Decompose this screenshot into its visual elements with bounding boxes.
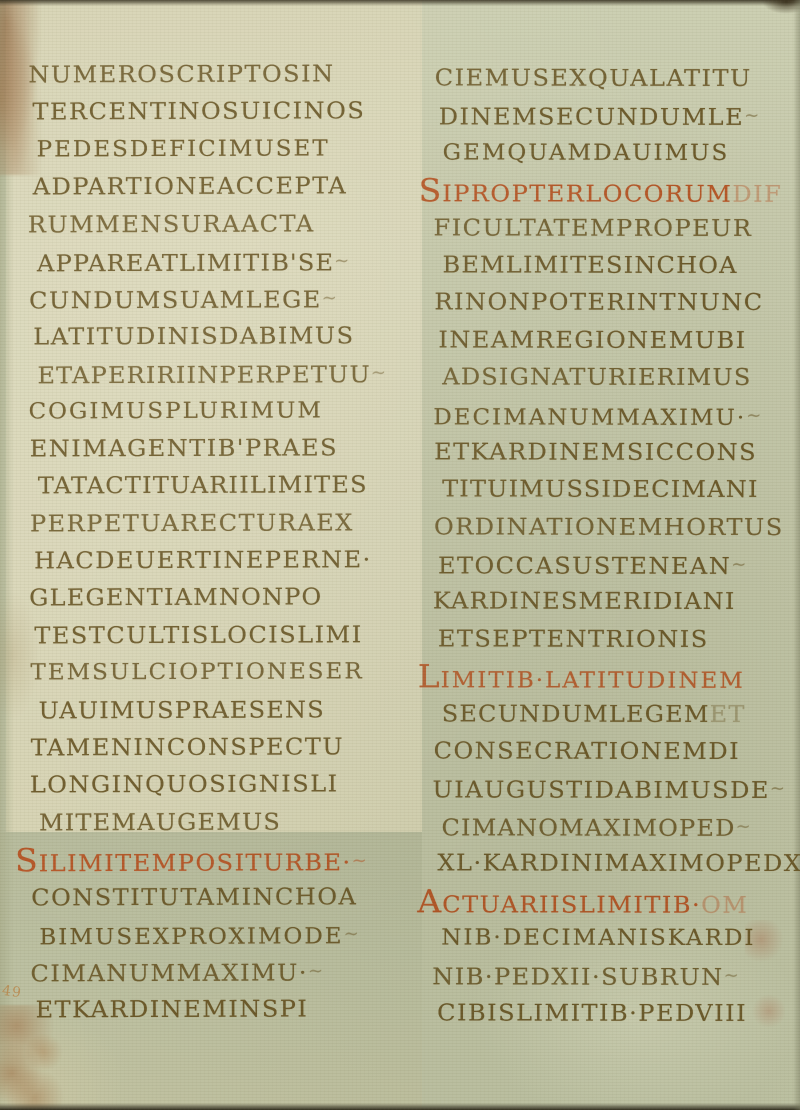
text-line: ETAPERIRIINPERPETUU~: [37, 355, 421, 392]
text-line: CIMANUMMAXIMU·~: [30, 953, 423, 990]
text-line: ORDINATIONEMHORTUS: [434, 509, 800, 546]
flourish-mark: ~: [746, 405, 761, 425]
text-line: CUNDUMSUAMLEGE~: [29, 280, 421, 317]
text-line: KARDINESMERIDIANI: [433, 584, 800, 621]
text-line: CONSECRATIONEMDI: [434, 733, 800, 770]
flourish-mark: ~: [322, 288, 337, 308]
text-line: TESTCULTISLOCISLIMI: [34, 617, 422, 654]
text-line: NIB·DECIMANISKARDI: [441, 920, 799, 957]
text-line: ADPARTIONEACCEPTA: [33, 168, 421, 205]
text-line: FICULTATEMPROPEUR: [434, 210, 800, 247]
parchment-left-edge: [0, 0, 14, 1110]
text-line: NIB·PEDXII·SUBRUN~: [432, 958, 799, 995]
text-line: SIPROPTERLOCORUMDIF: [419, 173, 800, 210]
text-line: INEAMREGIONEMUBI: [438, 322, 800, 359]
text-line: SILIMITEMPOSITURBE·~: [15, 841, 423, 878]
photo-edge-bottom: [0, 1103, 800, 1110]
faded-text: OM: [701, 891, 748, 918]
text-line: LIMITIB·LATITUDINEM: [418, 659, 800, 696]
text-line: GLEGENTIAMNONPO: [29, 580, 422, 617]
text-line: ETKARDINEMSICCONS: [434, 434, 800, 471]
text-line: BEMLIMITESINCHOA: [442, 247, 800, 284]
margin-note: 49: [1, 983, 23, 1002]
text-line: ETKARDINEMINSPI: [36, 991, 424, 1028]
text-line: CIMANOMAXIMOPED~: [441, 808, 799, 845]
text-line: RUMMENSURAACTA: [28, 206, 421, 243]
flourish-mark: ~: [371, 363, 386, 383]
rubric-initial: S: [419, 172, 443, 209]
flourish-mark: ~: [352, 851, 367, 871]
text-column-left: NUMEROSCRIPTOSINTERCENTINOSUICINOSPEDESD…: [28, 55, 423, 1029]
faded-text: ET: [710, 700, 746, 727]
text-line: LATITUDINISDABIMUS: [33, 318, 421, 355]
text-line: CIEMUSEXQUALATITU: [435, 60, 800, 97]
text-line: GEMQUAMDAUIMUS: [443, 135, 800, 172]
text-line: ETOCCASUSTENEAN~: [438, 547, 800, 584]
text-line: TAMENINCONSPECTU: [31, 729, 423, 766]
text-line: HACDEUERTINEPERNE·: [34, 542, 422, 579]
photo-edge-top: [0, 0, 800, 6]
text-line: SECUNDUMLEGEMET: [442, 696, 800, 733]
text-line: UAUIMUSPRAESENS: [39, 692, 423, 729]
text-line: NUMEROSCRIPTOSIN: [28, 56, 420, 93]
text-line: ADSIGNATURIERIMUS: [442, 360, 800, 397]
text-line: APPAREATLIMITIB'SE~: [37, 243, 421, 280]
text-line: ENIMAGENTIB'PRAES: [30, 430, 422, 467]
rubric-initial: A: [417, 882, 442, 919]
text-line: CONSTITUTAMINCHOA: [31, 879, 423, 916]
text-line: DECIMANUMMAXIMU·~: [433, 397, 800, 434]
manuscript-page: NUMEROSCRIPTOSINTERCENTINOSUICINOSPEDESD…: [0, 0, 800, 1110]
flourish-mark: ~: [731, 555, 746, 575]
faded-text: DIF: [732, 181, 782, 208]
text-line: COGIMUSPLURIMUM: [28, 393, 421, 430]
text-line: BIMUSEXPROXIMODE~: [39, 916, 423, 953]
text-line: TITUIMUSSIDECIMANI: [442, 472, 800, 509]
text-line: UIAUGUSTIDABIMUSDE~: [433, 771, 800, 808]
text-line: TEMSULCIOPTIONESER: [30, 654, 422, 691]
rubric-initial: L: [418, 658, 441, 695]
text-line: LONGINQUOSIGNISLI: [30, 766, 423, 803]
text-line: PERPETUARECTURAEX: [30, 505, 422, 542]
text-line: PEDESDEFICIMUSET: [37, 131, 421, 168]
text-column-right: CIEMUSEXQUALATITUDINEMSECUNDUMLE~GEMQUAM…: [433, 60, 800, 1033]
text-line: MITEMAUGEMUS: [39, 804, 423, 841]
text-line: ETSEPTENTRIONIS: [438, 621, 800, 658]
text-line: TERCENTINOSUICINOS: [32, 93, 420, 130]
text-line: ACTUARIISLIMITIB·OM: [417, 883, 799, 920]
flourish-mark: ~: [744, 106, 759, 126]
flourish-mark: ~: [770, 779, 785, 799]
flourish-mark: ~: [334, 251, 349, 271]
rubric-initial: S: [15, 842, 39, 880]
text-line: TATACTITUARIILIMITES: [38, 467, 422, 504]
text-line: CIBISLIMITIB·PEDVIII: [437, 995, 799, 1032]
flourish-mark: ~: [344, 924, 359, 944]
flourish-mark: ~: [724, 966, 739, 986]
flourish-mark: ~: [308, 961, 323, 981]
flourish-mark: ~: [736, 816, 751, 836]
text-line: XL·KARDINIMAXIMOPEDXX: [437, 846, 799, 883]
text-line: DINEMSECUNDUMLE~: [439, 98, 800, 135]
text-line: RINONPOTERINTNUNC: [434, 285, 800, 322]
